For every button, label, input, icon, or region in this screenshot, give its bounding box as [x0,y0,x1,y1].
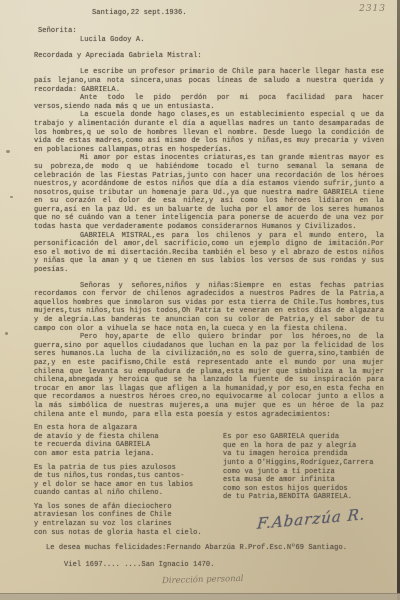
poem-section: En esta hora de algazara de atavío y de … [34,424,384,542]
greeting-line: Recordada y Apreciada Gabriela Mistral: [34,52,384,61]
paragraph: Señoras y señores,niños y niñas:Siempre … [34,282,384,334]
paper-speck [6,150,10,153]
handwritten-note: Dirección personal [162,574,244,586]
salutation-title: Señorita: [38,27,384,36]
scan-edge-bottom [0,593,400,600]
poem-line: atraviesan los confines de Chile [34,511,223,520]
poem-left-column: En esta hora de algazara de atavío y de … [34,424,223,542]
poem-stanza: Es la patria de tus pies azulosos de tus… [34,464,223,498]
poem-line: Es por eso GABRIELA querida [223,433,384,442]
paragraph: Le escribe un profesor primario de Chile… [34,68,384,94]
poem-line: como son estos hijos queridos [223,485,384,494]
poem-line: con amor esta patria lejana. [34,450,223,459]
poem-line: como va junto a tí poetiza [223,468,384,477]
paragraph: Mi amor por estas inocentes criaturas,es… [34,154,384,231]
poem-line: y el dolor se hace amor en tus labios [34,481,223,490]
poem-line: En esta hora de algazara [34,424,223,433]
poem-stanza: Ya los sones de afán dieciochero atravie… [34,503,223,537]
salutation-name: Lucila Godoy A. [80,36,384,45]
poem-line: con sus notas de gloria hasta el cielo. [34,529,223,538]
paragraph: Pero hoy,aparte de ello quiero brindar p… [34,333,384,419]
letter-body: Le escribe un profesor primario de Chile… [34,68,384,419]
letter-page: 2313 Santiago,22 sept.1936. Señorita: Lu… [0,0,400,600]
paragraph: La escuela donde hago clases,es un estab… [34,111,384,154]
poem-line: junto a O'Higgins,Rodríguez,Carrera [223,459,384,468]
poem-stanza: En esta hora de algazara de atavío y de … [34,424,223,458]
poem-line: Es la patria de tus pies azulosos [34,464,223,473]
paragraph: Ante todo le pido perdón por mi poca fac… [34,94,384,111]
poem-line: y entrelazan su voz los clarines [34,520,223,529]
date-line: Santiago,22 sept.1936. [92,9,384,18]
paragraph: GABRIELA MISTRAL,es para los chilenos y … [34,232,384,275]
address-line: Viel 1697.... ....San Ignacio 1470. [64,561,384,570]
poem-line: va tu imagen heroica prendida [223,450,384,459]
paper-speck [5,332,8,335]
paper-speck [10,196,13,198]
farewell-line: Le desea muchas felicidades:Fernando Aba… [46,544,384,553]
poem-stanza: Es por eso GABRIELA querida que en la ho… [223,433,384,502]
poem-line: te recuerda divina GABRIELA [34,441,223,450]
poem-line: de tus niños,tus rondas,tus cantos- [34,472,223,481]
poem-right-column: Es por eso GABRIELA querida que en la ho… [223,424,384,542]
poem-line: esta musa de amor infinita [223,476,384,485]
poem-line: de tu Patria,BENDITA GABRIELA. [223,493,384,502]
poem-line: cuando cantas al niño chileno. [34,489,223,498]
handwritten-signature: F.Abarzúa R. [257,510,366,528]
